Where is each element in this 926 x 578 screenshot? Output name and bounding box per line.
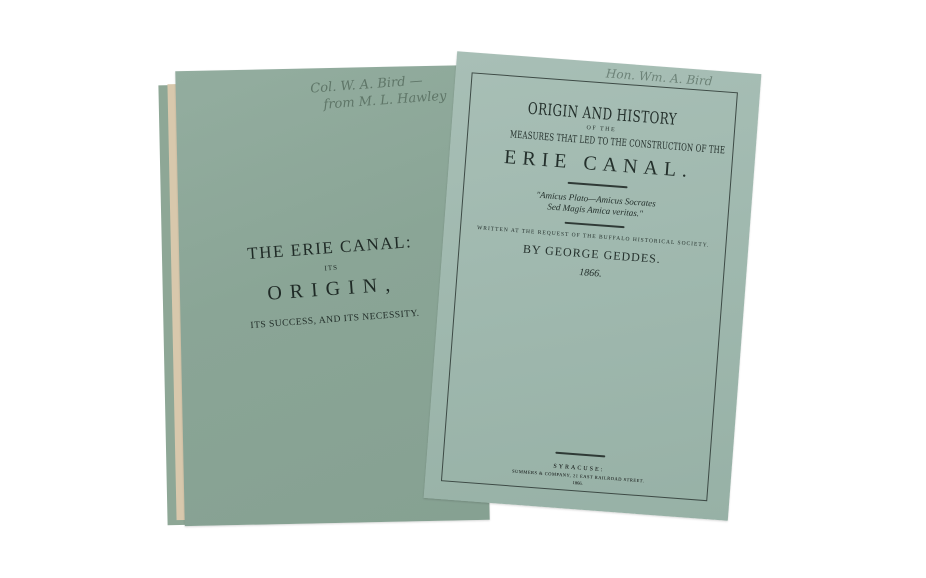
latin-quote: "Amicus Plato—Amicus Socrates Sed Magis … <box>466 184 726 225</box>
ornament-divider <box>567 182 627 188</box>
cover-title-block: ORIGIN AND HISTORY OF THE MEASURES THAT … <box>461 95 732 289</box>
handwritten-inscription: Col. W. A. Bird — from M. L. Hawley <box>310 69 472 115</box>
right-pamphlet-cover: Hon. Wm. A. Bird ORIGIN AND HISTORY OF T… <box>424 51 762 521</box>
ornament-divider <box>564 222 624 228</box>
